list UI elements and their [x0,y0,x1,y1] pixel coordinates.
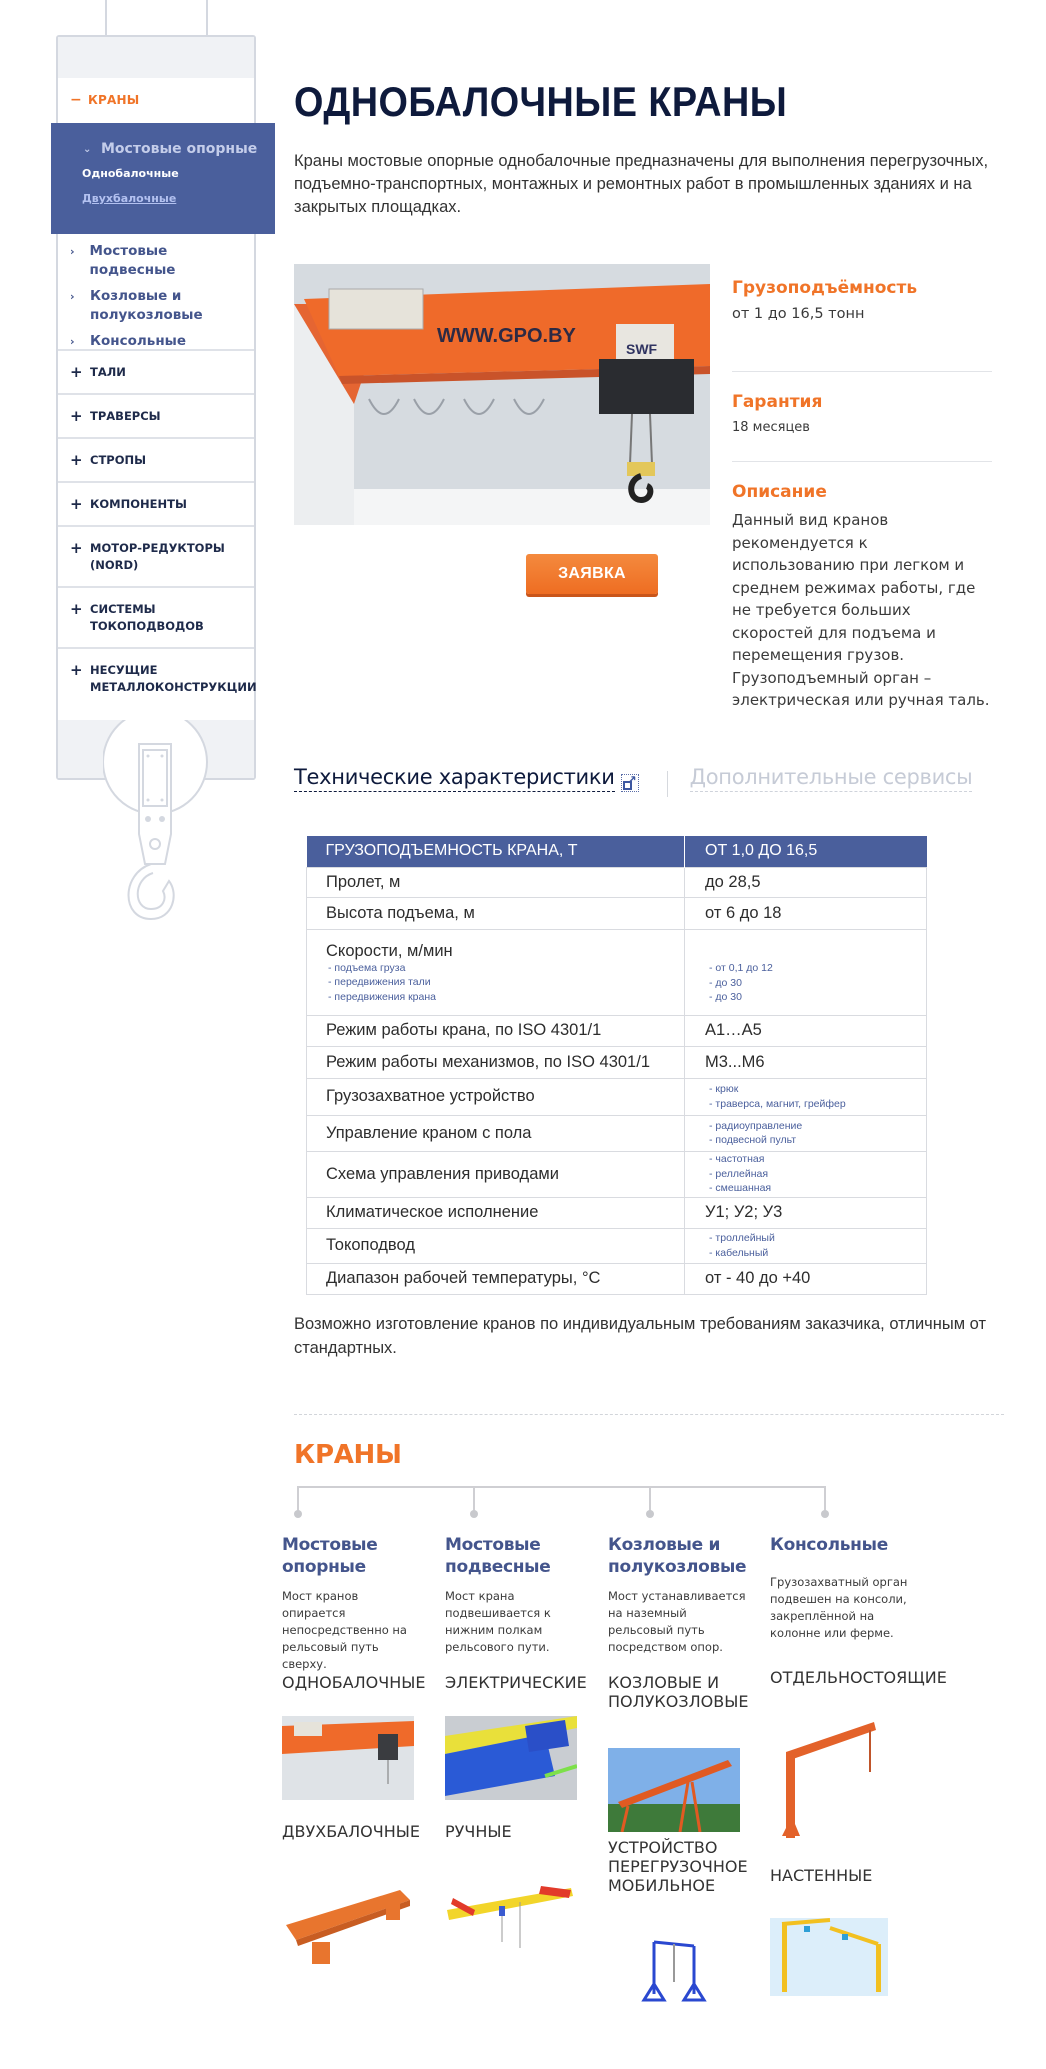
spec-value: М3...М6 [685,1046,927,1078]
spec-description: Описание Данный вид кранов рекомендуется… [732,462,992,712]
spec-param: Диапазон рабочей температуры, °С [307,1263,685,1294]
spec-title: Описание [732,482,992,502]
sidebar-subitem-single-girder[interactable]: Однобалочные [51,167,275,180]
sidebar-item-slings[interactable]: +СТРОПЫ [58,437,254,481]
sidebar-categories: +ТАЛИ +ТРАВЕРСЫ +СТРОПЫ +КОМПОНЕНТЫ +МОТ… [58,349,254,708]
section-divider [294,1414,1004,1415]
table-row: Климатическое исполнениеУ1; У2; У3 [307,1197,927,1228]
plus-icon: + [70,662,90,696]
thumb-double-girder[interactable] [282,1880,414,1970]
sidebar-item-hoists[interactable]: +ТАЛИ [58,349,254,393]
crane-type-title: Мостовые подвесные [445,1534,585,1578]
sidebar-item-label: Мостовые подвесные [90,242,254,280]
tree-node-dot [646,1510,654,1518]
spec-table: ГРУЗОПОДЪЕМНОСТЬ КРАНА, Т ОТ 1,0 ДО 16,5… [306,836,927,1295]
spec-title: Грузоподъёмность [732,278,992,298]
thumb-electric[interactable] [445,1716,577,1800]
sidebar-item-steel-structures[interactable]: +НЕСУЩИЕ МЕТАЛЛОКОНСТРУКЦИИ [58,647,254,708]
sidebar-catalog-menu: − КРАНЫ ⌄ Мостовые опорные Однобалочные … [56,35,256,780]
sidebar-item-label: ТРАВЕРСЫ [90,408,161,425]
tab-technical-specs[interactable]: Технические характеристики [294,765,615,792]
link-mobile-transfer-device[interactable]: УСТРОЙСТВО ПЕРЕГРУЗОЧНОЕ МОБИЛЬНОЕ [608,1838,758,1895]
crane-type-gantry: Козловые и полукозловые Мост устанавлива… [608,1534,748,1656]
link-double-girder[interactable]: ДВУХБАЛОЧНЫЕ [282,1822,422,1841]
sidebar-item-traverses[interactable]: +ТРАВЕРСЫ [58,393,254,437]
svg-text:WWW.GPO.BY: WWW.GPO.BY [437,325,577,347]
spec-value: Данный вид кранов рекомендуется к исполь… [732,509,992,712]
key-specs-panel: Грузоподъёмность от 1 до 16,5 тонн Гаран… [732,278,992,712]
plus-icon: + [70,540,90,574]
crane-type-jib: Консольные Грузозахватный орган подвешен… [770,1534,910,1642]
spec-param: Климатическое исполнение [307,1197,685,1228]
link-single-girder[interactable]: ОДНОБАЛОЧНЫЕ [282,1673,422,1692]
spec-param: Пролет, м [307,867,685,897]
spec-param: Режим работы крана, по ISO 4301/1 [307,1015,685,1046]
minus-icon: − [70,92,88,108]
crane-type-title: Козловые и полукозловые [608,1534,748,1578]
spec-param: Режим работы механизмов, по ISO 4301/1 [307,1046,685,1078]
crane-type-description: Мост устанавливается на наземный рельсов… [608,1588,748,1656]
link-gantry[interactable]: КОЗЛОВЫЕ И ПОЛУКОЗЛОВЫЕ [608,1673,748,1711]
crane-type-bridge-suspended: Мостовые подвесные Мост крана подвешивае… [445,1534,585,1656]
crane-hook-icon [103,720,213,930]
spec-capacity: Грузоподъёмность от 1 до 16,5 тонн [732,278,992,372]
tree-node-dot [470,1510,478,1518]
tree-connector [298,1486,825,1488]
thumb-wall-jib[interactable] [770,1918,888,1996]
spec-param: Схема управления приводами [307,1151,685,1197]
sidebar-hanger-line [105,0,107,36]
plus-icon: + [70,364,90,381]
crane-type-title: Консольные [770,1534,910,1574]
plus-icon: + [70,601,90,635]
page-title: ОДНОБАЛОЧНЫЕ КРАНЫ [294,78,787,126]
spec-param: Высота подъема, м [307,897,685,929]
spec-value: - от 0,1 до 12- до 30- до 30 [685,929,927,1015]
thumb-freestanding-jib[interactable] [770,1712,880,1844]
table-row: Скорости, м/мин- подъема груза- передвиж… [307,929,927,1015]
table-row: Режим работы механизмов, по ISO 4301/1М3… [307,1046,927,1078]
sidebar-item-label: СИСТЕМЫ ТОКОПОДВОДОВ [90,601,210,635]
order-button[interactable]: ЗАЯВКА [526,554,658,594]
spec-value: - радиоуправление- подвесной пульт [685,1115,927,1151]
sidebar-item-label: КРАНЫ [88,93,139,107]
sidebar-item-label: МОТОР-РЕДУКТОРЫ (NORD) [90,540,230,574]
crane-type-bridge-supported: Мостовые опорные Мост кранов опирается н… [282,1534,422,1673]
sidebar-item-bridge-suspended[interactable]: › Мостовые подвесные [58,242,254,280]
spec-param: Скорости, м/мин- подъема груза- передвиж… [307,929,685,1015]
thumb-single-girder[interactable] [282,1716,414,1800]
link-manual[interactable]: РУЧНЫЕ [445,1822,585,1841]
spec-value: до 28,5 [685,867,927,897]
plus-icon: + [70,452,90,469]
plus-icon: + [70,496,90,513]
intro-text: Краны мостовые опорные однобалочные пред… [294,150,1014,219]
table-row: Управление краном с пола- радиоуправлени… [307,1115,927,1151]
spec-value: - троллейный- кабельный [685,1228,927,1263]
table-header-value: ОТ 1,0 ДО 16,5 [685,836,927,867]
tabs: Технические характеристики ↗ Дополнитель… [294,765,972,797]
spec-value: от 6 до 18 [685,897,927,929]
sidebar-subitem-double-girder[interactable]: Двухбалочные [51,192,275,205]
crane-type-description: Мост кранов опирается непосредственно на… [282,1588,422,1673]
sidebar-item-label: ТАЛИ [90,364,126,381]
thumb-manual[interactable] [445,1880,577,1954]
sidebar-sub-items: › Мостовые подвесные › Козловые и полуко… [58,234,254,358]
table-header-row: ГРУЗОПОДЪЕМНОСТЬ КРАНА, Т ОТ 1,0 ДО 16,5 [307,836,927,867]
sidebar-item-gear-motors[interactable]: +МОТОР-РЕДУКТОРЫ (NORD) [58,525,254,586]
sidebar-top-cap [58,37,254,78]
sidebar-item-gantry[interactable]: › Козловые и полукозловые [58,287,254,325]
spec-value: от - 40 до +40 [685,1263,927,1294]
custom-order-note: Возможно изготовление кранов по индивиду… [294,1312,1024,1360]
tree-node-dot [821,1510,829,1518]
sidebar-item-bridge-supported[interactable]: ⌄ Мостовые опорные [51,141,275,157]
sidebar-item-label: СТРОПЫ [90,452,146,469]
spec-value: А1…А5 [685,1015,927,1046]
plus-icon: + [70,408,90,425]
sidebar-item-label: Козловые и полукозловые [90,287,240,325]
crane-type-title: Мостовые опорные [282,1534,422,1578]
chevron-right-icon: › [70,242,90,280]
sidebar-hanger-line [206,0,208,36]
expand-icon[interactable]: ↗ [621,774,639,792]
table-row: Грузозахватное устройство- крюк- траверс… [307,1078,927,1115]
tree-node-dot [294,1510,302,1518]
spec-param: Управление краном с пола [307,1115,685,1151]
spec-param: Токоподвод [307,1228,685,1263]
table-row: Диапазон рабочей температуры, °Сот - 40 … [307,1263,927,1294]
crane-photo-image: WWW.GPO.BY SWF [294,264,710,525]
thumb-mobile-gantry[interactable] [608,1930,740,2014]
sidebar-active-group: ⌄ Мостовые опорные Однобалочные Двухбало… [51,123,275,234]
table-header-param: ГРУЗОПОДЪЕМНОСТЬ КРАНА, Т [307,836,685,867]
sidebar-item-label: КОМПОНЕНТЫ [90,496,187,513]
spec-value: 18 месяцев [732,420,992,435]
spec-param: Грузозахватное устройство [307,1078,685,1115]
chevron-down-icon: ⌄ [83,144,101,155]
tab-divider [667,771,668,797]
spec-value: У1; У2; У3 [685,1197,927,1228]
table-row: Режим работы крана, по ISO 4301/1А1…А5 [307,1015,927,1046]
crane-type-description: Мост крана подвешивается к нижним полкам… [445,1588,585,1656]
spec-value: - крюк- траверса, магнит, грейфер [685,1078,927,1115]
spec-warranty: Гарантия 18 месяцев [732,372,992,462]
link-electric[interactable]: ЭЛЕКТРИЧЕСКИЕ [445,1673,585,1692]
table-row: Схема управления приводами- частотная- р… [307,1151,927,1197]
table-row: Высота подъема, мот 6 до 18 [307,897,927,929]
chevron-right-icon: › [70,287,90,325]
crane-type-description: Грузозахватный орган подвешен на консоли… [770,1574,910,1642]
thumb-gantry[interactable] [608,1748,740,1832]
spec-value: от 1 до 16,5 тонн [732,306,992,322]
sidebar-item-components[interactable]: +КОМПОНЕНТЫ [58,481,254,525]
spec-title: Гарантия [732,392,992,412]
link-wall-mounted[interactable]: НАСТЕННЫЕ [770,1866,920,1885]
link-freestanding[interactable]: ОТДЕЛЬНОСТОЯЩИЕ [770,1668,920,1687]
sidebar-item-cranes[interactable]: − КРАНЫ [58,78,254,122]
table-row: Токоподвод- троллейный- кабельный [307,1228,927,1263]
table-row: Пролет, мдо 28,5 [307,867,927,897]
sidebar-item-label: Мостовые опорные [101,141,257,157]
spec-value: - частотная- реллейная- смешанная [685,1151,927,1197]
cranes-section-title: КРАНЫ [294,1440,402,1470]
tab-additional-services[interactable]: Дополнительные сервисы [690,765,973,792]
sidebar-item-label: НЕСУЩИЕ МЕТАЛЛОКОНСТРУКЦИИ [90,662,250,696]
svg-text:SWF: SWF [626,341,658,357]
product-photo: WWW.GPO.BY SWF [294,264,710,525]
sidebar-item-conductor-systems[interactable]: +СИСТЕМЫ ТОКОПОДВОДОВ [58,586,254,647]
